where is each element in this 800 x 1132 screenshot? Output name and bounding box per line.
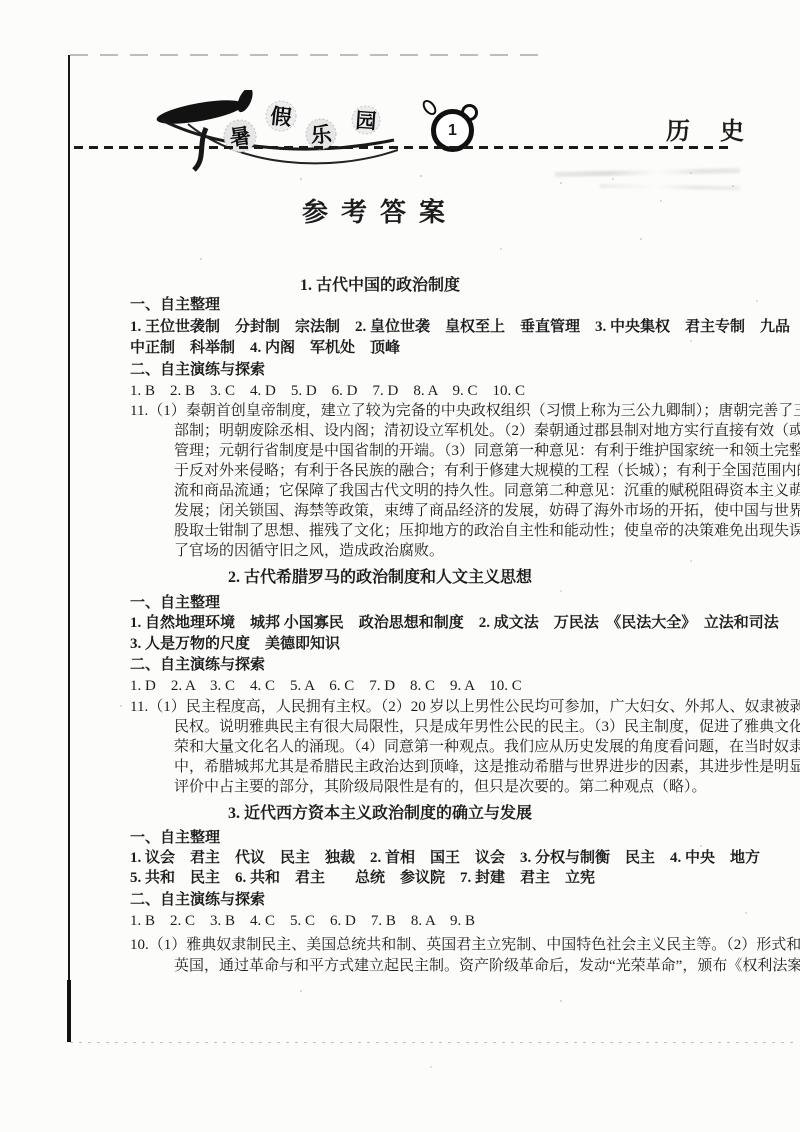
- subject-label: 历 史: [666, 111, 756, 146]
- section-1-heading: 1. 古代中国的政治制度: [130, 272, 630, 295]
- scanned-answer-page: 暑 假 乐 园 1 历 史 参考答案 1. 古代中国的政治制度 一、自主整理 1…: [0, 0, 800, 1132]
- scan-left-edge-line: [68, 55, 70, 1042]
- section-1-practice-label: 二、自主演练与探索: [130, 360, 794, 380]
- choice-answers-line: 1. B 2. C 3. B 4. C 5. C 6. D 7. B 8. A …: [130, 911, 794, 931]
- page-number: 1: [448, 122, 457, 140]
- scan-bottom-dotted-line: [70, 1042, 796, 1043]
- essay-answer-line: 10.（1）雅典奴隶制民主、美国总统共和制、英国君主立宪制、中国特色社会主义民主…: [130, 935, 794, 955]
- essay-answer-line: 流和商品流通；它保障了我国古代文明的持久性。同意第二种意见：沉重的赋税阻碍资本主…: [130, 481, 800, 501]
- header-dashed-divider: [74, 146, 730, 149]
- essay-answer-line: 中，希腊城邦尤其是希腊民主政治达到顶峰，这是推动希腊与世界进步的因素，其进步性是…: [130, 757, 800, 777]
- essay-answer-line: 11.（1）民主程度高，人民拥有主权。（2）20 岁以上男性公民均可参加，广大妇…: [130, 697, 794, 717]
- essay-answer-line: 11.（1）秦朝首创皇帝制度，建立了较为完备的中央政权组织（习惯上称为三公九卿制…: [130, 401, 794, 421]
- scan-left-edge-smudge: [67, 980, 71, 1042]
- scan-bleed-noise: [555, 168, 740, 177]
- holiday-logo-icon: 暑 假 乐 园: [148, 90, 398, 172]
- essay-answer-line: 民权。说明雅典民主有很大局限性，只是成年男性公民的民主。（3）民主制度，促进了雅…: [130, 717, 800, 737]
- section-3-practice-label: 二、自主演练与探索: [130, 890, 794, 910]
- section-2-practice-label: 二、自主演练与探索: [130, 655, 794, 675]
- section-1-organize-label: 一、自主整理: [130, 295, 794, 315]
- section-3-heading: 3. 近代西方资本主义政治制度的确立与发展: [130, 800, 630, 823]
- fill-in-answers-line: 1. 自然地理环境 城邦 小国寡民 政治思想和制度 2. 成文法 万民法 《民法…: [130, 613, 794, 633]
- essay-answer-line: 发展；闭关锁国、海禁等政策，束缚了商品经济的发展，妨碍了海外市场的开拓，使中国与…: [130, 501, 800, 521]
- fill-in-answers-line: 5. 共和 民主 6. 共和 君主 总统 参议院 7. 封建 君主 立宪: [130, 868, 794, 888]
- scan-bleed-noise: [600, 184, 740, 190]
- fill-in-answers-line: 1. 议会 君主 代议 民主 独裁 2. 首相 国王 议会 3. 分权与制衡 民…: [130, 848, 794, 868]
- fill-in-answers-line: 1. 王位世袭制 分封制 宗法制 2. 皇位世袭 皇权至上 垂直管理 3. 中央…: [130, 317, 794, 337]
- scan-noise-specks: [0, 0, 2, 2]
- essay-answer-line: 了官场的因循守旧之风，造成政治腐败。: [130, 541, 800, 561]
- logo-char: 假: [269, 104, 292, 130]
- page-title: 参考答案: [130, 192, 630, 229]
- fill-in-answers-line: 中正制 科举制 4. 内阁 军机处 顶峰: [130, 338, 794, 358]
- essay-answer-line: 荣和大量文化名人的涌现。（4）同意第一种观点。我们应从历史发展的角度看问题，在当…: [130, 737, 800, 757]
- scan-top-line: [70, 54, 540, 56]
- section-2-organize-label: 一、自主整理: [130, 593, 794, 613]
- essay-answer-line: 管理；元朝行省制度是中国省制的开端。（3）同意第一种意见：有利于维护国家统一和领…: [130, 441, 800, 461]
- logo-char: 乐: [310, 122, 334, 148]
- essay-answer-line: 部制；明朝废除丞相、设内阁；清初设立军机处。（2）秦朝通过郡县制对地方实行直接有…: [130, 421, 800, 441]
- section-2-heading: 2. 古代希腊罗马的政治制度和人文主义思想: [130, 564, 630, 587]
- fill-in-answers-line: 3. 人是万物的尺度 美德即知识: [130, 634, 794, 654]
- section-3-organize-label: 一、自主整理: [130, 828, 794, 848]
- choice-answers-line: 1. B 2. B 3. C 4. D 5. D 6. D 7. D 8. A …: [130, 381, 794, 401]
- essay-answer-line: 英国，通过革命与和平方式建立起民主制。资产阶级革命后，发动“光荣革命”，颁布《权…: [130, 956, 800, 976]
- essay-answer-line: 股取士钳制了思想、摧残了文化；压抑地方的政治自主性和能动性；使皇帝的决策难免出现…: [130, 521, 800, 541]
- essay-answer-line: 评价中占主要的部分，其阶级局限性是有的，但只是次要的。第二种观点（略）。: [130, 777, 800, 797]
- essay-answer-line: 于反对外来侵略；有利于各民族的融合；有利于修建大规模的工程（长城）；有利于全国范…: [130, 461, 800, 481]
- choice-answers-line: 1. D 2. A 3. C 4. C 5. A 6. C 7. D 8. C …: [130, 676, 794, 696]
- logo-char: 园: [355, 108, 378, 133]
